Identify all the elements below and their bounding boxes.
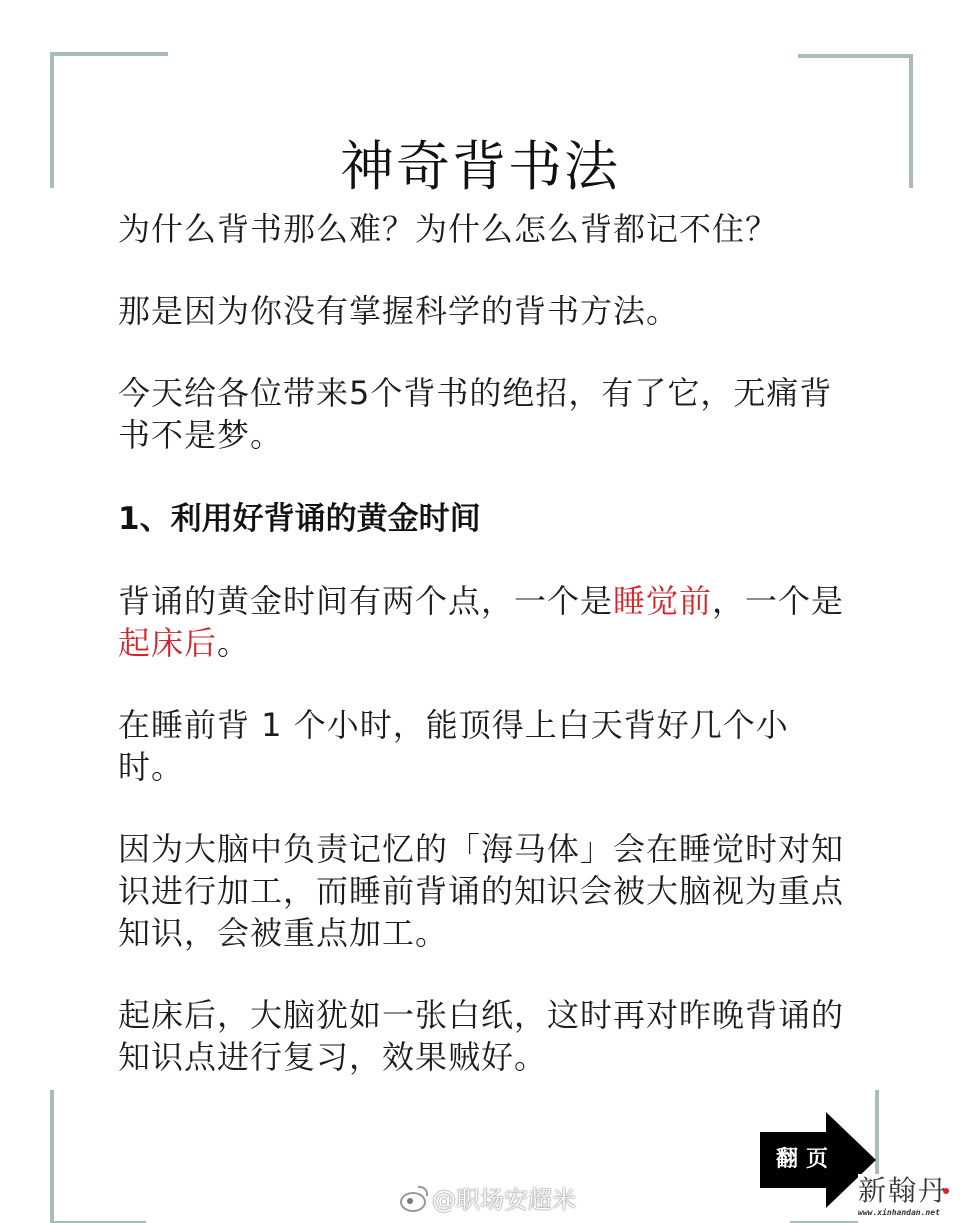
highlight-before-sleep: 睡觉前: [613, 582, 712, 620]
watermark-text: @职场安超米: [432, 1180, 576, 1215]
section-heading: 1、利用好背诵的黄金时间: [118, 498, 848, 540]
section-paragraph-3: 因为大脑中负责记忆的「海马体」会在睡觉时对知识进行加工，而睡前背诵的知识会被大脑…: [118, 828, 848, 954]
section-paragraph-4: 起床后，大脑犹如一张白纸，这时再对昨晚背诵的知识点进行复习，效果贼好。: [118, 994, 848, 1078]
intro-paragraph-3: 今天给各位带来5个背书的绝招，有了它，无痛背书不是梦。: [118, 372, 848, 456]
intro-paragraph-2: 那是因为你没有掌握科学的背书方法。: [118, 290, 848, 332]
section-paragraph-2: 在睡前背 1 个小时，能顶得上白天背好几个小时。: [118, 704, 848, 788]
highlight-after-waking: 起床后: [118, 624, 217, 662]
weibo-watermark: @职场安超米: [398, 1180, 576, 1215]
frame-bottom-left-vertical: [50, 1090, 54, 1223]
site-logo-url: www.xinhandan.net: [858, 1208, 960, 1218]
text-segment: 背诵的黄金时间有两个点，一个是: [118, 582, 613, 620]
next-page-label: 翻页: [776, 1142, 836, 1173]
section-paragraph-1: 背诵的黄金时间有两个点，一个是睡觉前，一个是起床后。: [118, 580, 848, 664]
text-segment: ，一个是: [712, 582, 844, 620]
article-body: 为什么背书那么难？为什么怎么背都记不住？ 那是因为你没有掌握科学的背书方法。 今…: [118, 208, 848, 1118]
site-logo: 新翰丹 www.xinhandan.net: [858, 1174, 960, 1223]
intro-paragraph-1: 为什么背书那么难？为什么怎么背都记不住？: [118, 208, 848, 250]
logo-dot-icon: [943, 1188, 949, 1194]
weibo-icon: [398, 1186, 428, 1210]
page-title: 神奇背书法: [0, 124, 960, 201]
text-segment: 。: [217, 624, 250, 662]
frame-top-left-horizontal: [50, 52, 168, 56]
frame-top-right-horizontal: [798, 54, 913, 58]
